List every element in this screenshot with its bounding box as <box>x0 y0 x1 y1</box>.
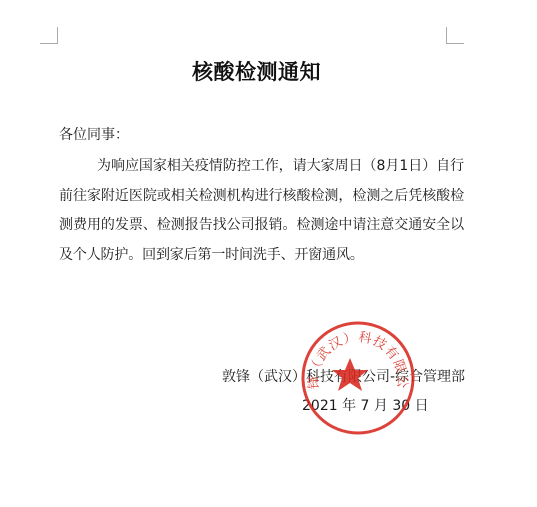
body-paragraph: 为响应国家相关疫情防控工作，请大家周日（8月1日）自行前往家附近医院或相关检测机… <box>59 152 464 270</box>
star-icon <box>332 358 368 391</box>
page-corner-mark-top-left <box>40 27 58 44</box>
document-title: 核酸检测通知 <box>0 56 513 86</box>
page-corner-mark-top-right <box>446 27 464 44</box>
company-seal: 敦锋（武汉）科技有限公司 <box>300 320 416 436</box>
salutation: 各位同事： <box>59 124 129 144</box>
seal-icon: 敦锋（武汉）科技有限公司 <box>300 320 416 436</box>
